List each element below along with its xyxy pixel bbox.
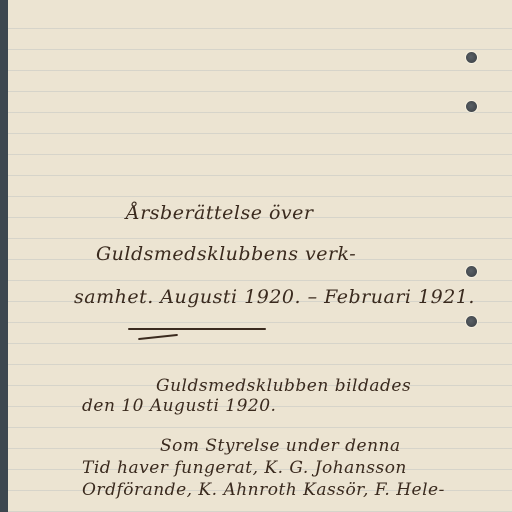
punch-hole: [466, 266, 477, 277]
title-line-1: Årsberättelse över: [126, 202, 314, 224]
body-line-1: Guldsmedsklubben bildades: [156, 376, 411, 396]
title-underline: [128, 328, 266, 330]
document-left-edge: [0, 0, 8, 512]
handwritten-page: Årsberättelse över Guldsmedsklubbens ver…: [8, 0, 512, 512]
title-underline-flourish: [138, 334, 178, 340]
body-line-3: Som Styrelse under denna: [160, 436, 401, 456]
title-line-3: samhet. Augusti 1920. – Februari 1921.: [74, 286, 475, 308]
punch-hole: [466, 316, 477, 327]
punch-hole: [466, 101, 477, 112]
body-line-2: den 10 Augusti 1920.: [82, 396, 276, 416]
punch-hole: [466, 52, 477, 63]
title-line-2: Guldsmedsklubbens verk-: [96, 243, 356, 265]
body-line-5: Ordförande, K. Ahnroth Kassör, F. Hele-: [82, 480, 445, 500]
body-line-4: Tid haver fungerat, K. G. Johansson: [82, 458, 407, 478]
